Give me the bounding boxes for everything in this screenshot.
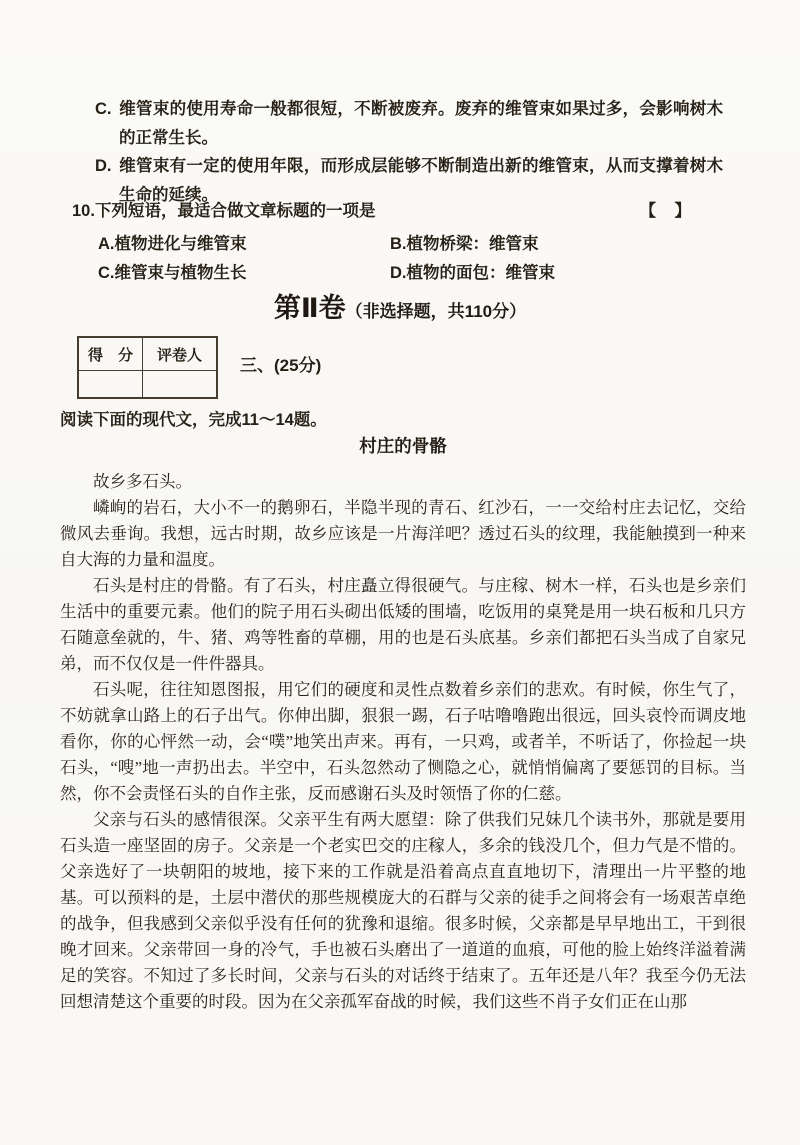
reading-instruction: 阅读下面的现代文，完成11～14题。	[60, 406, 327, 430]
q10-options: A.植物进化与维管束 B.植物桥梁：维管束 C.维管束与植物生长 D.植物的面包…	[98, 230, 673, 288]
score-table: 得 分 评卷人	[77, 336, 218, 399]
exam-page-scan: C.维管束的使用寿命一般都很短，不断被废弃。废弃的维管束如果过多，会影响树木的正…	[0, 0, 800, 1145]
q10-option-d: D.植物的面包：维管束	[390, 259, 673, 288]
score-table-header-score: 得 分	[79, 338, 143, 371]
q9-option-d-label: D.	[95, 152, 119, 181]
q10-option-b-text: 植物桥梁：维管束	[407, 235, 539, 253]
essay-passage: 村庄的骨骼 故乡多石头。 嶙峋的岩石，大小不一的鹅卵石，半隐半现的青石、红沙石，…	[60, 433, 746, 1015]
q10-option-c-label: C.	[98, 264, 115, 282]
q9-option-c-label: C.	[95, 95, 119, 124]
q10-option-b-label: B.	[390, 235, 407, 253]
q10-answer-bracket: 【 】	[640, 199, 693, 223]
essay-title: 村庄的骨骼	[60, 433, 746, 458]
essay-paragraph-2: 嶙峋的岩石，大小不一的鹅卵石，半隐半现的青石、红沙石，一一交给村庄去记忆，交给微…	[60, 495, 746, 573]
essay-paragraph-3: 石头是村庄的骨骼。有了石头，村庄矗立得很硬气。与庄稼、树木一样，石头也是乡亲们生…	[60, 573, 746, 677]
q10-options-row-2: C.维管束与植物生长 D.植物的面包：维管束	[98, 259, 673, 288]
score-table-grader-cell-empty	[143, 371, 216, 397]
part-three-label: 三、(25分)	[240, 351, 321, 376]
score-table-score-cell-empty	[79, 371, 143, 397]
q9-option-c: C.维管束的使用寿命一般都很短，不断被废弃。废弃的维管束如果过多，会影响树木的正…	[95, 95, 723, 152]
q10-option-a-text: 植物进化与维管束	[115, 235, 247, 253]
q10-stem-text: 下列短语，最适合做文章标题的一项是	[95, 202, 376, 220]
q9-option-d-text: 维管束有一定的使用年限，而形成层能够不断制造出新的维管束，从而支撑着树木生命的延…	[119, 157, 723, 204]
essay-paragraph-1: 故乡多石头。	[60, 469, 746, 495]
section-2-title: 第Ⅱ卷	[274, 293, 346, 323]
essay-paragraph-4: 石头呢，往往知恩图报，用它们的硬度和灵性点数着乡亲们的悲欢。有时候，你生气了，不…	[60, 677, 746, 807]
q10-option-a: A.植物进化与维管束	[98, 230, 390, 259]
q10-option-c: C.维管束与植物生长	[98, 259, 390, 288]
essay-paragraph-5: 父亲与石头的感情很深。父亲平生有两大愿望：除了供我们兄妹几个读书外，那就是要用石…	[60, 807, 746, 1015]
q10-options-row-1: A.植物进化与维管束 B.植物桥梁：维管束	[98, 230, 673, 259]
q10-stem: 10.下列短语，最适合做文章标题的一项是	[72, 199, 375, 223]
q10-option-d-label: D.	[390, 264, 407, 282]
question-9-options: C.维管束的使用寿命一般都很短，不断被废弃。废弃的维管束如果过多，会影响树木的正…	[95, 95, 723, 209]
q10-option-a-label: A.	[98, 235, 115, 253]
q9-option-c-text: 维管束的使用寿命一般都很短，不断被废弃。废弃的维管束如果过多，会影响树木的正常生…	[119, 100, 723, 147]
section-2-heading: 第Ⅱ卷（非选择题，共110分）	[0, 286, 800, 325]
question-10: 10.下列短语，最适合做文章标题的一项是 【 】	[72, 199, 692, 223]
score-table-header-grader: 评卷人	[143, 338, 216, 371]
section-2-subtitle: （非选择题，共110分）	[346, 302, 526, 321]
q10-number: 10.	[72, 202, 95, 220]
q10-option-c-text: 维管束与植物生长	[115, 264, 247, 282]
q10-option-d-text: 植物的面包：维管束	[407, 264, 556, 282]
q10-option-b: B.植物桥梁：维管束	[390, 230, 673, 259]
